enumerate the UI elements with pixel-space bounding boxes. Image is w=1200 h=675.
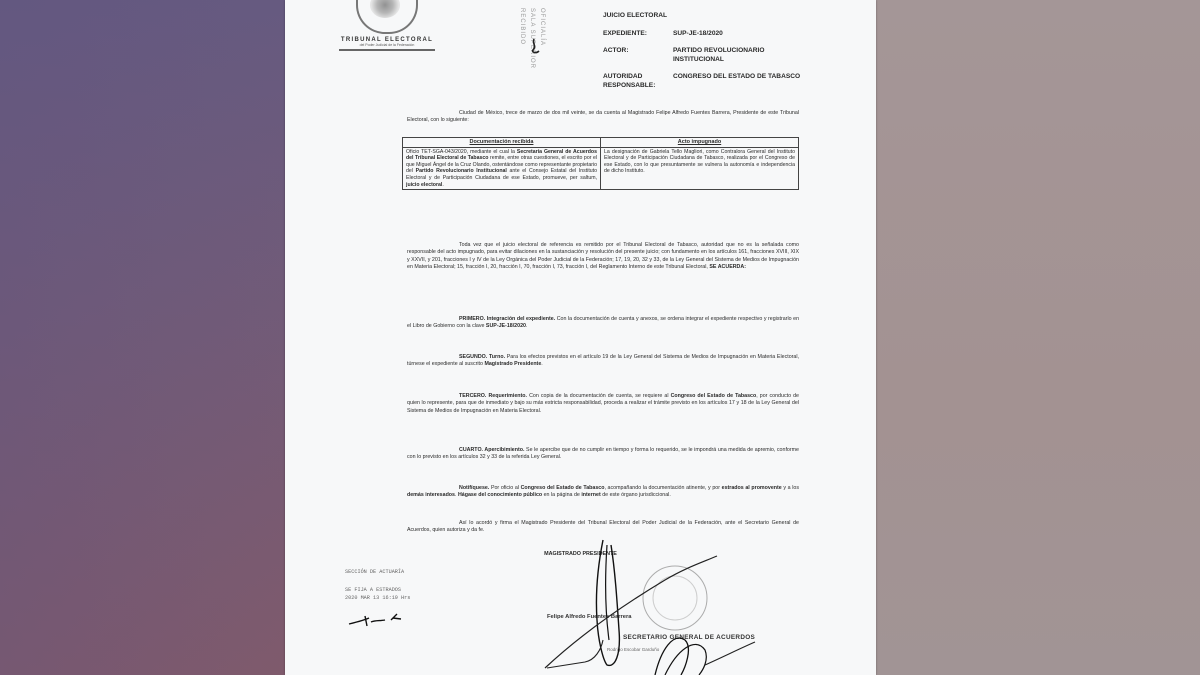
magistrate-title: MAGISTRADO PRESIDENTE: [285, 551, 876, 557]
documentation-cell: Oficio TET-SGA-043/2020, mediante el cua…: [403, 147, 601, 190]
table-header: Acto impugnado: [601, 138, 799, 148]
tribunal-logo: TRIBUNAL ELECTORAL del Poder Judicial de…: [337, 0, 437, 58]
secretary-title: SECRETARIO GENERAL DE ACUERDOS: [623, 634, 755, 641]
intro-text: Ciudad de México, trece de marzo de dos …: [407, 110, 799, 123]
stamp-line: SE FIJA A ESTRADOS: [345, 586, 410, 594]
cuarto-text: CUARTO. Apercibimiento. Se le apercibe q…: [407, 447, 799, 460]
notifiquese-paragraph: Notifíquese. Por oficio al Congreso del …: [407, 485, 799, 500]
actuaria-stamp: SECCIÓN DE ACTUARÍA SE FIJA A ESTRADOS 2…: [345, 568, 410, 602]
segundo-text: SEGUNDO. Turno. Para los efectos previst…: [407, 354, 799, 367]
tercero-text: TERCERO. Requerimiento. Con copia de la …: [407, 393, 799, 414]
considerando-paragraph: Toda vez que el juicio electoral de refe…: [407, 242, 799, 272]
primero-text: PRIMERO. Integración del expediente. Con…: [407, 316, 799, 329]
meta-row-actor: ACTOR: PARTIDO REVOLUCIONARIO INSTITUCIO…: [603, 47, 803, 64]
meta-key: AUTORIDAD RESPONSABLE:: [603, 73, 673, 90]
tercero-paragraph: TERCERO. Requerimiento. Con copia de la …: [407, 393, 799, 415]
actor-value: PARTIDO REVOLUCIONARIO INSTITUCIONAL: [673, 47, 803, 64]
institution-sub: del Poder Judicial de la Federación: [337, 43, 437, 47]
background-left: [0, 0, 285, 675]
case-metadata: JUICIO ELECTORAL EXPEDIENTE: SUP-JE-18/2…: [603, 12, 803, 99]
meta-key: ACTOR:: [603, 47, 673, 64]
contested-act-cell: La designación de Gabriela Tello Maglior…: [601, 147, 799, 190]
table-header: Documentación recibida: [403, 138, 601, 148]
table-row: Oficio TET-SGA-043/2020, mediante el cua…: [403, 147, 799, 190]
meta-row-expediente: EXPEDIENTE: SUP-JE-18/2020: [603, 30, 803, 39]
notifiquese-text: Notifíquese. Por oficio al Congreso del …: [407, 485, 799, 498]
segundo-paragraph: SEGUNDO. Turno. Para los efectos previst…: [407, 354, 799, 369]
expediente-value: SUP-JE-18/2020: [673, 30, 803, 39]
magistrate-name: Felipe Alfredo Fuentes Barrera: [547, 614, 632, 620]
autoridad-value: CONGRESO DEL ESTADO DE TABASCO: [673, 73, 803, 90]
meta-row-type: JUICIO ELECTORAL: [603, 12, 803, 21]
meta-key: EXPEDIENTE:: [603, 30, 673, 39]
closing-text: Así lo acordó y firma el Magistrado Pres…: [407, 520, 799, 533]
background-right: [876, 0, 1200, 675]
considerando-text: Toda vez que el juicio electoral de refe…: [407, 242, 799, 270]
documents-table: Documentación recibida Acto impugnado Of…: [402, 137, 799, 190]
document-page: TRIBUNAL ELECTORAL del Poder Judicial de…: [285, 0, 876, 675]
primero-paragraph: PRIMERO. Integración del expediente. Con…: [407, 316, 799, 331]
cuarto-paragraph: CUARTO. Apercibimiento. Se le apercibe q…: [407, 447, 799, 462]
secretary-name: Rodrigo Escobar Garduño: [607, 647, 659, 652]
intro-paragraph: Ciudad de México, trece de marzo de dos …: [407, 110, 799, 125]
logo-divider: [339, 49, 435, 51]
closing-paragraph: Así lo acordó y firma el Magistrado Pres…: [407, 520, 799, 535]
case-type: JUICIO ELECTORAL: [603, 12, 667, 21]
mexico-seal-icon: [356, 0, 418, 34]
stamp-line: RECIBIDO: [519, 8, 525, 80]
stamp-line: SECCIÓN DE ACTUARÍA: [345, 568, 410, 576]
stamp-signature-icon: [528, 38, 542, 56]
stamp-line: 2020 MAR 13 16:19 Hrs: [345, 594, 410, 602]
meta-row-autoridad: AUTORIDAD RESPONSABLE: CONGRESO DEL ESTA…: [603, 73, 803, 90]
